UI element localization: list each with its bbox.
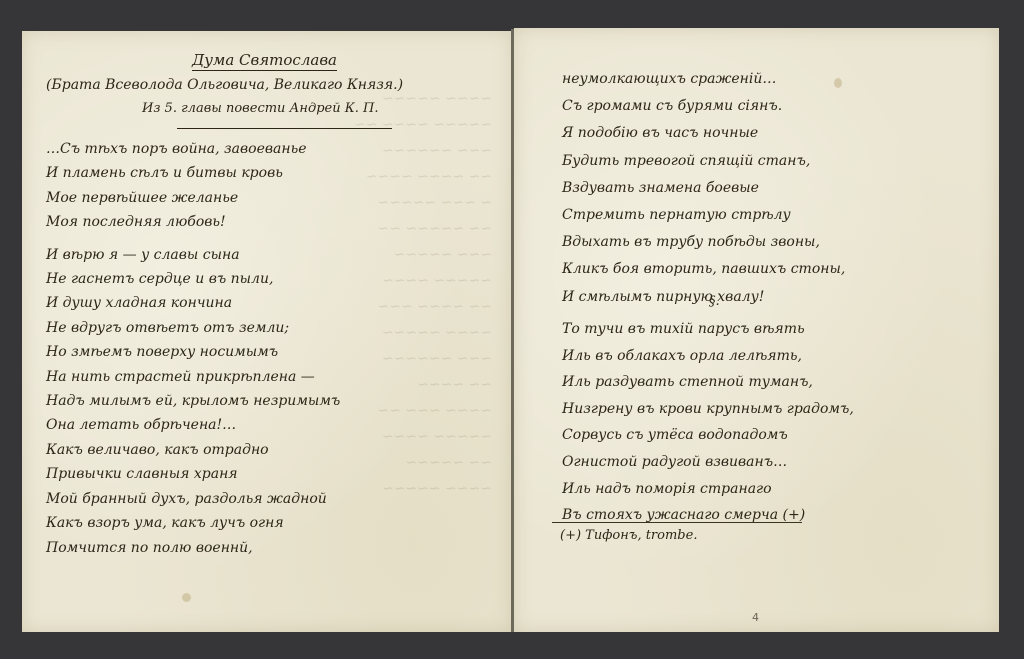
verse-line: И душу хладная кончина xyxy=(46,291,340,315)
verse-line: Стремить пернатую стрѣлу xyxy=(562,202,845,229)
verse-line: Сорвусь съ утёса водопадомъ xyxy=(562,422,854,449)
verse-line: Но змѣемъ поверху носимымъ xyxy=(46,340,340,364)
verse-line: Въ стояхъ ужаснаго смерча (+) xyxy=(562,502,854,529)
verse-line: Помчится по полю военнй, xyxy=(46,536,340,560)
section-mark: §. xyxy=(709,294,720,309)
verse-line: Не вдругъ отвѣетъ отъ земли; xyxy=(46,316,340,340)
poem-title: Дума Святослава xyxy=(192,51,337,71)
verse-line: неумолкающихъ сраженій… xyxy=(562,66,845,93)
bleed-through-text: ~~~~ ~~~~~~~~~~ ~~~~ ~~~~~ ~~~~~~~~ ~~~~… xyxy=(332,86,492,546)
verse-line: Будить тревогой спящій станъ, xyxy=(562,148,845,175)
verse-line: Она летать обрѣчена!… xyxy=(46,413,340,437)
title-underline xyxy=(177,128,392,129)
footnote-rule xyxy=(552,522,802,523)
footnote: (+) Тифонъ, trombe. xyxy=(560,528,697,543)
verse-line: Иль надъ поморія странаго xyxy=(562,476,854,503)
verse-line: Мое первѣйшее желанье xyxy=(46,186,340,210)
right-verse-block-top: неумолкающихъ сраженій… Съ громами съ бу… xyxy=(562,66,845,311)
verse-line: Низгрену въ крови крупнымъ градомъ, xyxy=(562,396,854,423)
right-verse-block-bottom: То тучи въ тихій парусъ вѣять Иль въ обл… xyxy=(562,316,854,529)
poem-subtitle: (Брата Всеволода Ольговича, Великаго Кня… xyxy=(46,77,403,93)
verse-line: Съ громами съ бурями сіянъ. xyxy=(562,93,845,120)
verse-line: Не гаснетъ сердце и въ пыли, xyxy=(46,267,340,291)
verse-line: Привычки славныя храня xyxy=(46,462,340,486)
verse-line: И пламень сѣлъ и битвы кровь xyxy=(46,161,340,185)
left-verse-block: …Съ тѣхъ поръ война, завоеванье И пламен… xyxy=(46,137,340,560)
verse-line: Надъ милымъ ей, крыломъ незримымъ xyxy=(46,389,340,413)
verse-line: Иль раздувать степной туманъ, xyxy=(562,369,854,396)
poem-source: Из 5. главы повести Андрей К. П. xyxy=(142,101,379,116)
verse-line: Иль въ облакахъ орла лелѣять, xyxy=(562,343,854,370)
verse-line: На нить страстей прикрѣплена — xyxy=(46,365,340,389)
verse-line: Какъ величаво, какъ отрадно xyxy=(46,438,340,462)
ink-stain xyxy=(182,593,191,602)
verse-line: Вдыхать въ трубу побѣды звоны, xyxy=(562,229,845,256)
verse-line: Какъ взоръ ума, какъ лучъ огня xyxy=(46,511,340,535)
right-page: неумолкающихъ сраженій… Съ громами съ бу… xyxy=(514,28,999,632)
verse-line: Моя последняя любовь! xyxy=(46,210,340,234)
left-page: ~~~~ ~~~~~~~~~~ ~~~~ ~~~~~ ~~~~~~~~ ~~~~… xyxy=(22,31,512,632)
verse-line: Вздувать знамена боевые xyxy=(562,175,845,202)
ink-stain xyxy=(834,78,842,88)
verse-line: Мой бранный духъ, раздолья жадной xyxy=(46,487,340,511)
verse-line: Я подобію въ часъ ночные xyxy=(562,120,845,147)
page-number: 4 xyxy=(752,611,759,624)
manuscript-spread: ~~~~ ~~~~~~~~~~ ~~~~ ~~~~~ ~~~~~~~~ ~~~~… xyxy=(22,27,999,633)
verse-line: Огнистой радугой взвиванъ… xyxy=(562,449,854,476)
verse-line: …Съ тѣхъ поръ война, завоеванье xyxy=(46,137,340,161)
verse-line: И вѣрю я — у славы сына xyxy=(46,243,340,267)
verse-line: То тучи въ тихій парусъ вѣять xyxy=(562,316,854,343)
verse-line: И смѣлымъ пирную хвалу! xyxy=(562,284,845,311)
verse-line: Кликъ боя вторить, павшихъ стоны, xyxy=(562,256,845,283)
